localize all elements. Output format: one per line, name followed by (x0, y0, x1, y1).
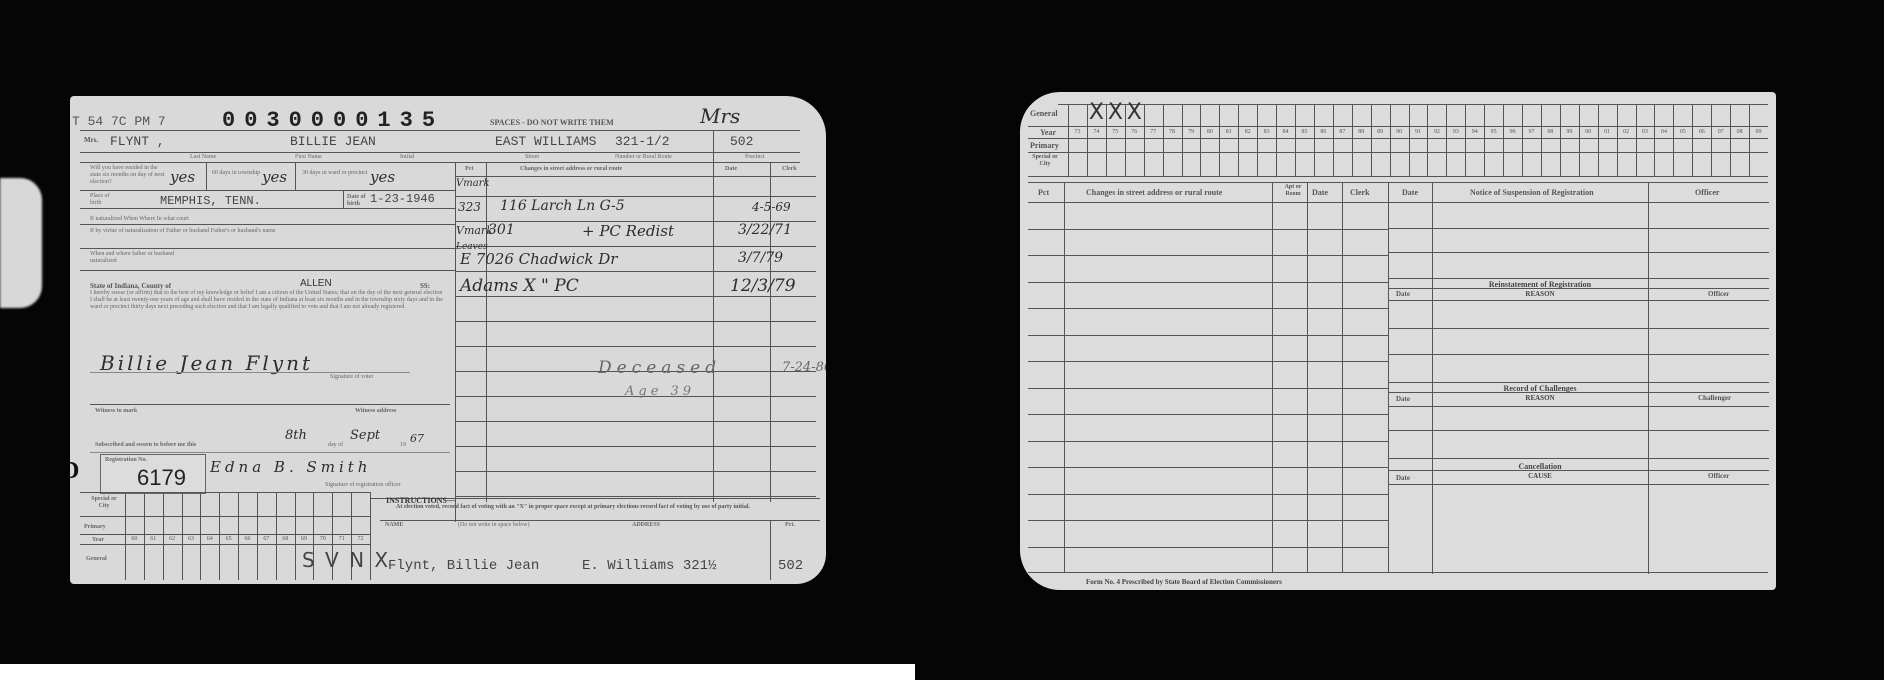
row-line (1028, 520, 1388, 521)
row-line (1028, 467, 1388, 468)
label-state-county: State of Indiana, County of (90, 282, 171, 290)
voter-registration-card-front: T 54 7C PM 7 0030000135 SPACES - DO NOT … (70, 96, 826, 584)
row-line (1028, 308, 1388, 309)
year-cell: 94 (1465, 129, 1484, 135)
row-line (1028, 494, 1388, 495)
subscribed-month: Sept (350, 428, 380, 443)
year-cell: 92 (1427, 129, 1446, 135)
number: 321-1/2 (615, 134, 670, 149)
row-line (1028, 282, 1388, 283)
year-cell: 63 (182, 536, 201, 542)
stamp-prefix: T 54 7C PM 7 (72, 114, 166, 129)
label-witness-mark: Witness to mark (95, 408, 137, 415)
year-cell: 05 (1673, 129, 1692, 135)
year-cell: 65 (219, 536, 238, 542)
label-subscribed: Subscribed and sworn to before me this (95, 442, 196, 449)
year-cell: 83 (1257, 129, 1276, 135)
age-note: Age 39 (625, 384, 695, 399)
label-number: Number or Rural Route (615, 154, 672, 161)
label-witness-address: Witness address (355, 408, 396, 415)
year-cell: 89 (1371, 129, 1390, 135)
year-cell: 91 (1409, 129, 1428, 135)
label-initial: Initial (400, 154, 414, 161)
section-letter: D (70, 458, 79, 485)
header-note: SPACES - DO NOT WRITE THEM (490, 118, 614, 127)
row-line (1028, 441, 1388, 442)
change-note: Vmark (456, 178, 490, 189)
instructions-text: At election voted, record fact of voting… (396, 504, 816, 511)
year-cell: 03 (1636, 129, 1655, 135)
bottom-white-strip (0, 664, 915, 680)
label-resided-precinct: 30 days in ward or precinct (302, 170, 372, 177)
year-cell: 74 (1087, 129, 1106, 135)
label-precinct: Precinct (745, 154, 765, 161)
label-naturalized: If naturalized When Where In what court (90, 216, 189, 223)
year-cell: 72 (351, 536, 370, 542)
row-line (1028, 255, 1388, 256)
year-cell: 04 (1654, 129, 1673, 135)
year-cell: 98 (1541, 129, 1560, 135)
label-do-not-write: (Do not write in space below) (458, 522, 529, 529)
corner-mark: Mrs (700, 104, 740, 128)
label-date: Date (1312, 188, 1328, 197)
year-cell: 09 (1749, 129, 1768, 135)
change-address: Adams X " PC (460, 276, 579, 296)
label-pct: Pct (465, 166, 473, 173)
bottom-address: E. Williams 321½ (582, 558, 716, 574)
year-cell: 95 (1484, 129, 1503, 135)
label-street: Street (525, 154, 539, 161)
first-name: BILLIE JEAN (290, 134, 376, 149)
year-cell: 62 (163, 536, 182, 542)
row-line (1028, 202, 1388, 203)
resided-township-value: yes (262, 168, 287, 186)
year-cell: 71 (332, 536, 351, 542)
year-cell: 78 (1163, 129, 1182, 135)
label-clerk: Clerk (1350, 188, 1370, 197)
officer-signature: Edna B. Smith (210, 458, 371, 476)
label-day-of: day of (328, 442, 343, 449)
change-address: 116 Larch Ln G-5 (500, 198, 625, 214)
row-line (1028, 414, 1388, 415)
year-cell: 69 (295, 536, 314, 542)
general-vote-mark: X (1089, 100, 1104, 125)
label-cancellation-cause: CAUSE (1432, 472, 1648, 480)
label-registration-no: Registration No. (105, 457, 147, 464)
year-cell: 70 (313, 536, 332, 542)
subscribed-year: 67 (410, 432, 424, 445)
label-apt-room: Apt or Room (1278, 184, 1308, 198)
label-reinstatement-officer: Officer (1708, 290, 1729, 298)
year-cell: 80 (1200, 129, 1219, 135)
row-line (1028, 335, 1388, 336)
label-signature-voter: Signature of voter (330, 374, 373, 381)
label-pct-short: Pct. (785, 522, 795, 529)
deceased-note: Deceased (598, 358, 721, 378)
change-date: 3/7/79 (738, 250, 783, 266)
change-pct: 323 (458, 200, 481, 214)
row-line (1028, 229, 1388, 230)
year-cell: 00 (1579, 129, 1598, 135)
year-cell: 76 (1125, 129, 1144, 135)
label-signature-officer: Signature of registration officer (325, 482, 401, 489)
year-cell: 08 (1730, 129, 1749, 135)
year-cell: 68 (276, 536, 295, 542)
label-cancellation-date: Date (1396, 474, 1410, 482)
year-cell: 79 (1182, 129, 1201, 135)
label-year: Year (92, 537, 104, 544)
year-cell: 84 (1276, 129, 1295, 135)
form-footer: Form No. 4 Prescribed by State Board of … (1086, 578, 1282, 586)
bottom-pct: 502 (778, 558, 803, 574)
year-cell: 82 (1238, 129, 1257, 135)
deceased-date: 7-24-86 (782, 360, 826, 375)
oath-text: I hereby swear (or affirm) that to the b… (90, 290, 445, 311)
year-cell: 77 (1144, 129, 1163, 135)
year-cell: 01 (1598, 129, 1617, 135)
general-vote-mark: X (1108, 100, 1123, 125)
card-edge-fragment (0, 178, 42, 308)
label-first-name: First Name (295, 154, 322, 161)
change-date: 4-5-69 (752, 200, 791, 214)
row-line (1028, 547, 1388, 548)
label-address: ADDRESS (632, 522, 660, 529)
year-cell: 87 (1333, 129, 1352, 135)
registration-number: 6179 (137, 465, 186, 491)
change-address: + PC Redist (582, 222, 674, 240)
year-cell: 93 (1446, 129, 1465, 135)
change-pct: 301 (488, 222, 515, 238)
label-last-name: Last Name (190, 154, 216, 161)
year-cell: 64 (200, 536, 219, 542)
label-year: Year (1040, 128, 1056, 137)
label-cancellation-officer: Officer (1708, 472, 1729, 480)
label-place-of-birth: Place of birth (90, 193, 120, 207)
year-cell: 97 (1522, 129, 1541, 135)
label-special-city: Special or City (1032, 154, 1058, 168)
label-reinstatement-date: Date (1396, 290, 1410, 298)
year-cell: 61 (144, 536, 163, 542)
label-name: NAME (385, 522, 403, 529)
resided-precinct-value: yes (370, 168, 395, 186)
year-cell: 02 (1617, 129, 1636, 135)
label-resided-township: 60 days in township (212, 170, 262, 177)
label-challenger: Challenger (1698, 394, 1731, 402)
label-changes: Changes in street address or rural route (520, 166, 622, 173)
last-name: FLYNT , (110, 134, 165, 149)
label-challenges-reason: REASON (1432, 394, 1648, 402)
label-general: General (1030, 109, 1058, 118)
voter-registration-card-back: General Year Primary Special or City 737… (1020, 92, 1776, 590)
label-suspension-date: Date (1402, 188, 1418, 197)
bottom-name: Flynt, Billie Jean (388, 558, 539, 574)
year-cell: 06 (1692, 129, 1711, 135)
year-cell: 60 (125, 536, 144, 542)
year-cell: 99 (1560, 129, 1579, 135)
label-year-prefix: 19 (400, 442, 406, 449)
label-changes: Changes in street address or rural route (1086, 188, 1222, 197)
label-father-when-where: When and where father or husband natural… (90, 251, 190, 265)
label-father-naturalization: If by virtue of naturalization of Father… (90, 228, 420, 235)
year-cell: 86 (1314, 129, 1333, 135)
subscribed-day: 8th (285, 428, 307, 443)
date-of-birth-value: 1-23-1946 (370, 192, 435, 206)
general-vote-mark: X (1127, 100, 1142, 125)
change-date: 3/22/71 (738, 222, 792, 238)
street: EAST WILLIAMS (495, 134, 596, 149)
year-cell: 88 (1352, 129, 1371, 135)
year-cell: 85 (1295, 129, 1314, 135)
registration-box: Registration No. 6179 (100, 454, 206, 494)
county-value: ALLEN (300, 278, 332, 289)
label-resided-state: Will you have resided in the state six m… (90, 165, 170, 186)
change-date: 12/3/79 (730, 276, 796, 296)
year-cell: 07 (1711, 129, 1730, 135)
label-date: Date (725, 166, 737, 173)
change-address: E 7026 Chadwick Dr (460, 250, 617, 268)
title: Mrs. (84, 136, 98, 144)
general-vote-marks: S V N X (302, 548, 390, 572)
label-pct: Pct (1038, 188, 1049, 197)
label-challenges-date: Date (1396, 395, 1410, 403)
label-general: General (86, 556, 107, 563)
year-cell: 96 (1503, 129, 1522, 135)
label-special-city: Special or City (86, 496, 122, 510)
label-clerk: Clerk (782, 166, 797, 173)
row-line (1028, 388, 1388, 389)
year-cell: 67 (257, 536, 276, 542)
place-of-birth-value: MEMPHIS, TENN. (160, 194, 261, 208)
year-cell: 66 (238, 536, 257, 542)
year-cell: 73 (1068, 129, 1087, 135)
year-cell: 90 (1390, 129, 1409, 135)
label-suspension-officer: Officer (1695, 188, 1719, 197)
year-cell: 81 (1219, 129, 1238, 135)
precinct: 502 (730, 134, 753, 149)
label-primary: Primary (1030, 141, 1059, 150)
label-reinstatement-reason: REASON (1432, 290, 1648, 298)
row-line (1028, 361, 1388, 362)
label-ss: SS: (420, 282, 430, 290)
label-primary: Primary (84, 524, 106, 531)
year-cell: 75 (1106, 129, 1125, 135)
suspension-title: Notice of Suspension of Registration (1470, 188, 1594, 197)
resided-state-value: yes (170, 168, 195, 186)
